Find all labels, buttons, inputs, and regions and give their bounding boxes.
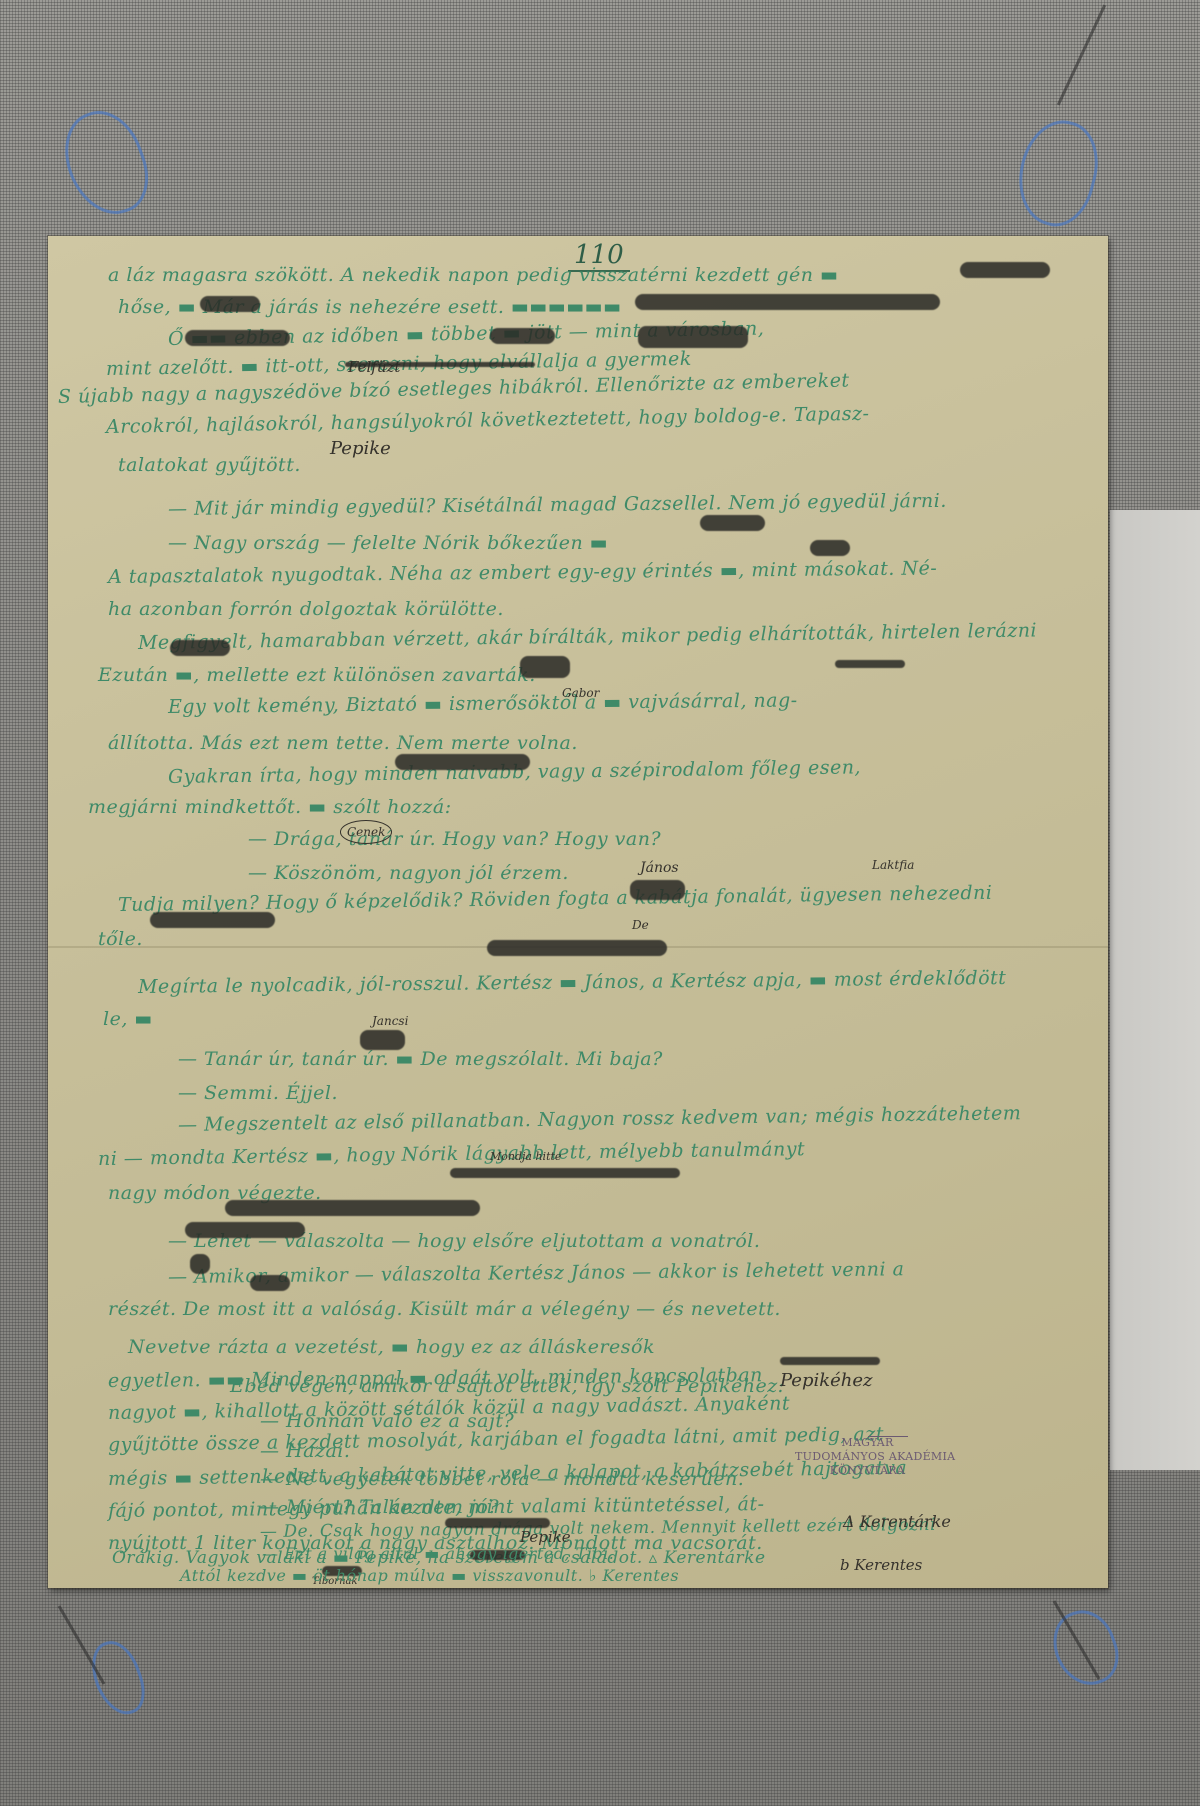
redaction-mark	[225, 1200, 480, 1216]
annotation-inserted-word: Gabor	[562, 686, 599, 700]
annotation-circled-word: Cenek	[340, 820, 392, 844]
annotation-inserted-word: János	[640, 860, 679, 876]
redaction-mark	[635, 294, 940, 310]
text-line: — De. Csak hogy nagyon drága volt nekem.…	[260, 1515, 936, 1542]
text-line: — Hazai.	[260, 1440, 350, 1462]
text-line: — Ezt a világ által ▬ ahogy ígérted, Tib…	[262, 1544, 614, 1563]
redaction-mark	[170, 640, 230, 656]
text-line: Attól kezdve ▬ öt hónap múlva ▬ visszavo…	[180, 1566, 679, 1585]
stamp-line-3: KÖNYVTÁRA	[795, 1464, 940, 1478]
redaction-mark	[185, 1222, 305, 1238]
redaction-mark	[450, 1168, 680, 1178]
redaction-mark	[810, 540, 850, 556]
library-stamp: MAGYAR TUDOMÁNYOS AKADÉMIA KÖNYVTÁRA	[795, 1436, 940, 1478]
redaction-mark	[638, 326, 748, 348]
redaction-mark	[520, 656, 570, 678]
stamp-line-1: MAGYAR	[795, 1436, 940, 1450]
annotation-inserted-word: Pepike	[330, 438, 391, 459]
redaction-mark	[360, 1030, 405, 1050]
strikethrough-mark	[345, 362, 535, 367]
text-line: — Miért? Talán nem jó?	[260, 1496, 499, 1518]
stamp-line-2: TUDOMÁNYOS AKADÉMIA	[795, 1450, 940, 1464]
redaction-mark	[190, 1254, 210, 1274]
redaction-mark	[490, 328, 555, 344]
redaction-mark	[445, 1518, 550, 1528]
annotation-inserted-word: De	[632, 918, 649, 932]
redaction-mark	[395, 754, 530, 770]
redaction-mark	[835, 660, 905, 668]
margin-note: b Kerentes	[840, 1556, 922, 1574]
annotation-inserted-word: Laktfia	[872, 858, 914, 872]
margin-note: Δ Kerentárke	[843, 1512, 951, 1531]
text-line: — Honnan való ez a sajt?	[260, 1410, 514, 1432]
redaction-mark	[250, 1275, 290, 1291]
annotation-inserted-word: Jancsi	[372, 1014, 408, 1028]
redaction-mark	[150, 912, 275, 928]
strikethrough-mark	[780, 1357, 880, 1365]
text-line: Ebéd végén, amikor a sajtot ették, így s…	[230, 1375, 785, 1397]
redaction-mark	[487, 940, 667, 956]
annotation-inserted-word: Pepikéhez	[780, 1370, 873, 1391]
redaction-mark	[630, 880, 685, 900]
redaction-mark	[200, 296, 260, 312]
redaction-mark	[960, 262, 1050, 278]
annotation-inserted-word: Mondja hitte	[490, 1150, 561, 1163]
redaction-mark	[185, 330, 290, 346]
annotation-inserted-word: Felfüzt	[348, 358, 400, 376]
redaction-mark	[700, 515, 765, 531]
text-line: — Ne vegyetek többet róla — mondta keser…	[260, 1468, 744, 1490]
